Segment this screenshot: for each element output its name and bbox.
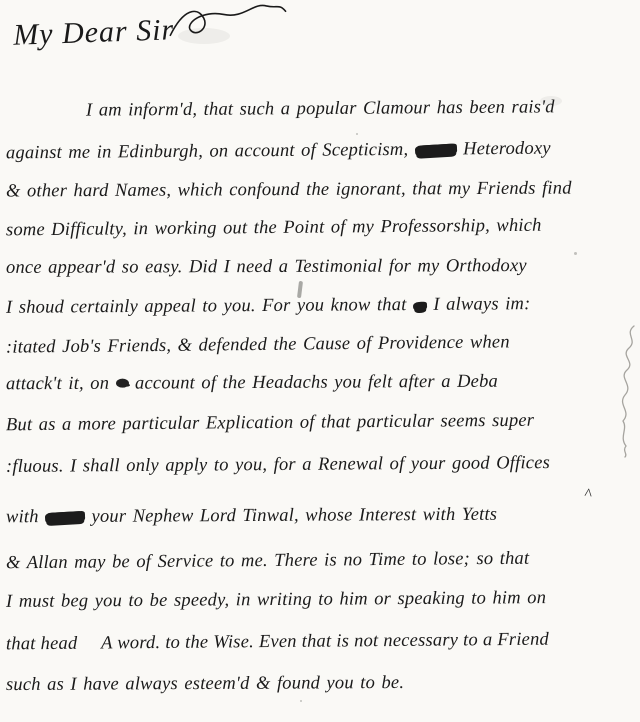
line-text-segment: I shoud certainly appeal to you. For you… [6,295,413,318]
line-text-segment: account of the Headachs you felt after a… [129,372,498,394]
letter-line: that head A word. to the Wise. Even that… [6,624,549,662]
letter-line: with your Nephew Lord Tinwal, whose Inte… [6,499,497,535]
letter-line: attack't it, on account of the Headachs … [6,366,498,402]
insertion-caret: ^ [583,486,592,505]
line-text-segment: your Nephew Lord Tinwal, whose Interest … [85,505,497,527]
line-text-segment: with [6,507,45,527]
ink-blot [116,379,129,388]
letter-line: But as a more particular Explication of … [6,405,534,443]
scribbled-out-mark [413,302,428,312]
letter-line: :itated Job's Friends, & defended the Ca… [6,326,510,364]
ink-speck [574,252,577,255]
letter-line: once appear'd so easy. Did I need a Test… [6,250,527,285]
salutation: My Dear Sir [12,0,288,53]
salutation-text: My Dear Sir [13,13,175,52]
letter-line: I am inform'd, that such a popular Clamo… [86,91,555,127]
letter-line: against me in Edinburgh, on account of S… [6,133,551,171]
letter-line: I must beg you to be speedy, in writing … [6,582,546,619]
scribbled-out-word [414,143,457,157]
letter-line: & Allan may be of Service to me. There i… [6,543,530,581]
torn-paper-edge-icon [612,324,640,458]
scribbled-out-word [45,511,86,524]
pen-flourish-icon [167,0,288,45]
letter-page: My Dear Sir I am inform'd, that such a p… [0,0,640,722]
line-text-segment: attack't it, on [6,374,116,395]
letter-line: I shoud certainly appeal to you. For you… [6,288,531,325]
line-text-segment: I always im: [427,294,531,315]
letter-line: :fluous. I shall only apply to you, for … [6,447,550,484]
letter-line: & other hard Names, which confound the i… [6,173,572,209]
letter-line: such as I have always esteem'd & found y… [6,667,404,702]
letter-line: some Difficulty, in working out the Poin… [6,210,542,248]
line-text-segment: Heterodoxy [457,139,551,160]
line-text-segment: against me in Edinburgh, on account of S… [6,140,415,164]
